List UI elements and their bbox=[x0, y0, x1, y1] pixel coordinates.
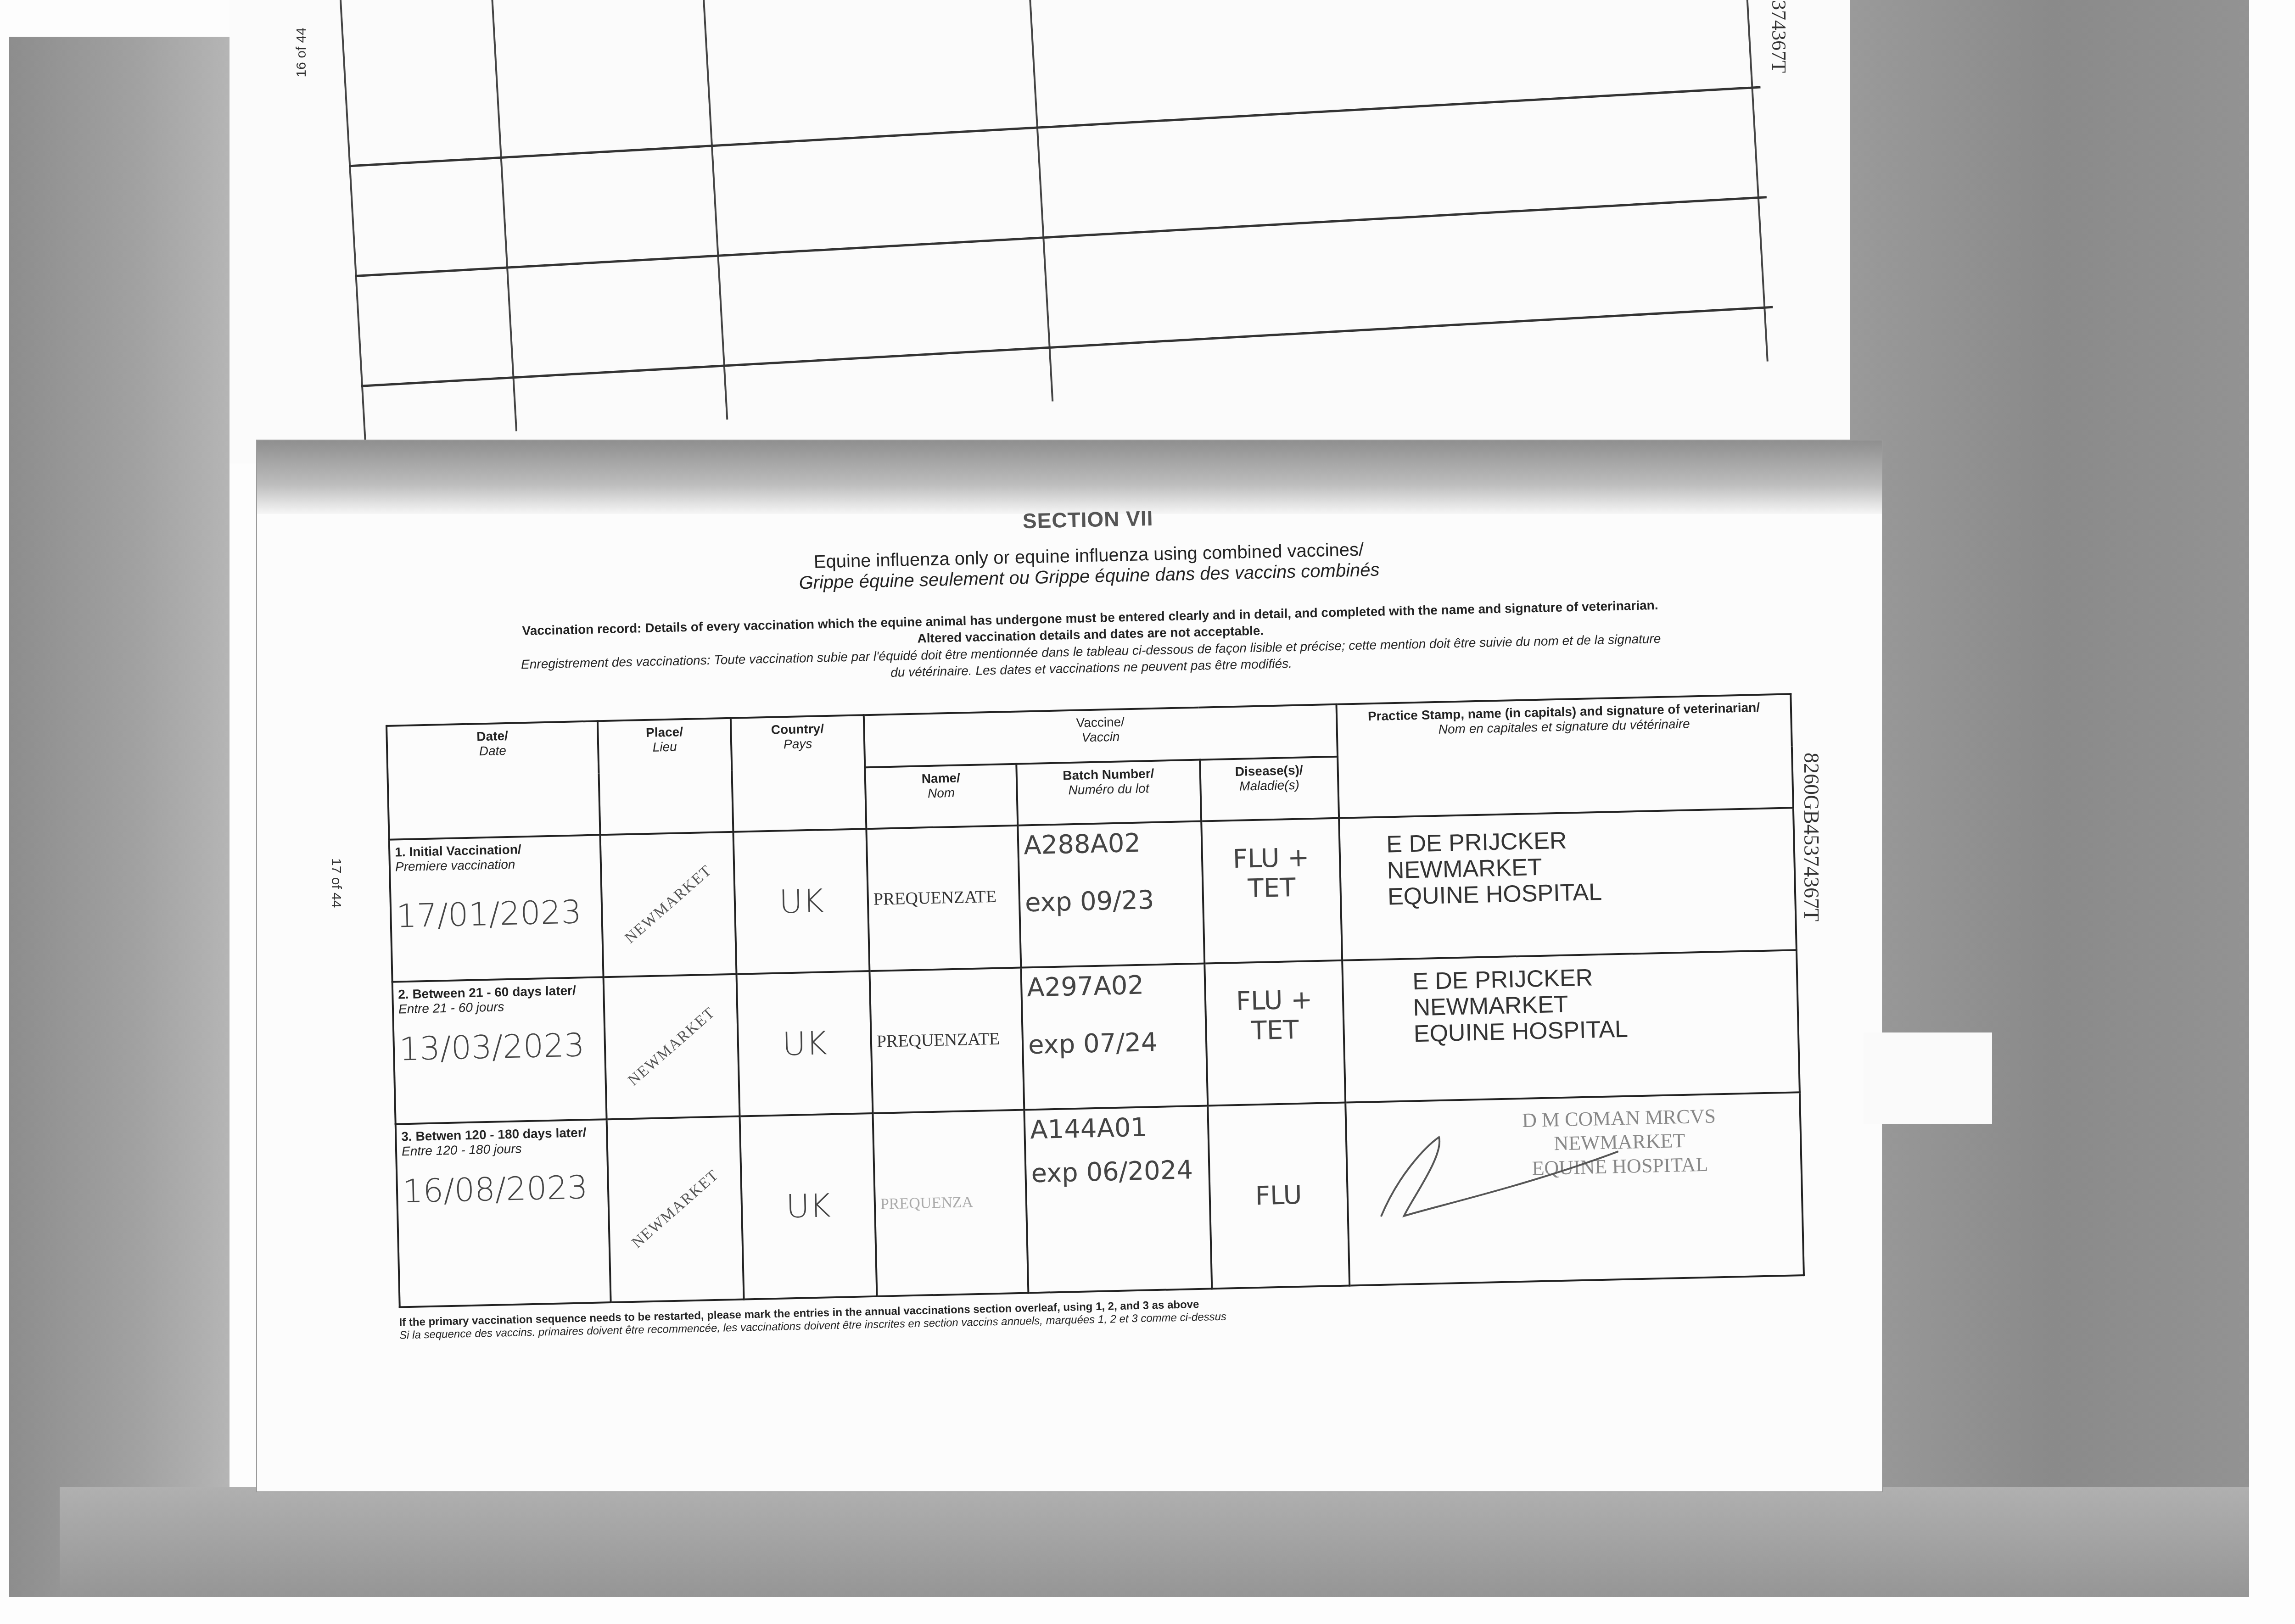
stamp-cell: D M COMAN MRCVSNEWMARKETEQUINE HOSPITAL bbox=[1345, 1092, 1804, 1286]
batch-expiry: exp 09/23 bbox=[1024, 884, 1198, 918]
upper-page-number: 16 of 44 bbox=[294, 28, 309, 77]
batch-number: A144A01 bbox=[1030, 1111, 1203, 1145]
header-batch: Batch Number/Numéro du lot bbox=[1016, 759, 1201, 825]
country-value: UK bbox=[782, 1024, 827, 1063]
scanner-background-right bbox=[1850, 0, 2254, 1624]
batch-expiry: exp 06/2024 bbox=[1031, 1155, 1204, 1189]
batch-number: A297A02 bbox=[1027, 969, 1200, 1003]
header-date: Date/Date bbox=[386, 721, 600, 839]
place-stamp: NEWMARKET bbox=[625, 1004, 719, 1089]
page-tab bbox=[1864, 1032, 1992, 1124]
country-value: UK bbox=[778, 882, 824, 921]
vaccine-name-cell: PREQUENZATE bbox=[866, 825, 1021, 971]
batch-number: A288A02 bbox=[1024, 826, 1197, 860]
disease-cell: FLU + TET bbox=[1201, 818, 1342, 963]
scanner-background-left bbox=[9, 37, 229, 1624]
page-number: 17 of 44 bbox=[328, 858, 344, 908]
vaccination-section: SECTION VII Equine influenza only or equ… bbox=[381, 491, 1813, 1342]
vet-signature bbox=[1361, 1122, 1684, 1222]
vaccination-table: Date/Date Place/Lieu Country/Pays Vaccin… bbox=[386, 693, 1805, 1308]
grid-line bbox=[355, 196, 1766, 277]
grid-line bbox=[702, 0, 728, 419]
header-place: Place/Lieu bbox=[598, 718, 733, 835]
place-stamp: NEWMARKET bbox=[628, 1166, 722, 1252]
country-cell: UK bbox=[736, 971, 873, 1116]
grid-line bbox=[349, 86, 1760, 167]
stamp-cell: E DE PRIJCKERNEWMARKETEQUINE HOSPITAL bbox=[1339, 808, 1797, 960]
scan-margin-bottom bbox=[0, 1597, 2295, 1624]
date-cell: 2. Between 21 - 60 days later/ Entre 21 … bbox=[392, 977, 607, 1124]
header-country: Country/Pays bbox=[731, 715, 867, 832]
stamp-cell: E DE PRIJCKERNEWMARKETEQUINE HOSPITAL bbox=[1342, 950, 1800, 1102]
vaccination-date: 13/03/2023 bbox=[399, 1026, 600, 1068]
batch-cell: A288A02 exp 09/23 bbox=[1018, 821, 1204, 967]
vaccine-name: PREQUENZATE bbox=[873, 887, 996, 909]
header-stamp: Practice Stamp, name (in capitals) and s… bbox=[1336, 694, 1793, 818]
country-value: UK bbox=[786, 1187, 831, 1225]
date-cell: 3. Betwen 120 - 180 days later/ Entre 12… bbox=[396, 1119, 611, 1307]
batch-cell: A297A02 exp 07/24 bbox=[1021, 963, 1208, 1110]
disease-cell: FLU bbox=[1208, 1102, 1349, 1289]
country-cell: UK bbox=[733, 829, 869, 974]
header-vaccine-name: Name/Nom bbox=[865, 764, 1018, 828]
disease-value: FLU bbox=[1215, 1179, 1342, 1212]
date-cell: 1. Initial Vaccination/ Premiere vaccina… bbox=[389, 835, 604, 982]
table-row: 3. Betwen 120 - 180 days later/ Entre 12… bbox=[396, 1092, 1804, 1307]
batch-expiry: exp 07/24 bbox=[1028, 1026, 1201, 1060]
vet-stamp: E DE PRIJCKERNEWMARKETEQUINE HOSPITAL bbox=[1386, 822, 1790, 910]
upper-side-id: 374367T bbox=[1767, 0, 1791, 73]
vaccine-name: PREQUENZATE bbox=[876, 1029, 1000, 1051]
place-cell: NEWMARKET bbox=[604, 974, 740, 1119]
grid-line bbox=[1027, 0, 1054, 402]
place-cell: NEWMARKET bbox=[600, 832, 737, 977]
disease-cell: FLU + TET bbox=[1204, 960, 1345, 1105]
vaccination-date: 16/08/2023 bbox=[402, 1168, 603, 1210]
disease-value: FLU + TET bbox=[1210, 984, 1338, 1047]
vaccine-name-cell: PREQUENZA bbox=[873, 1110, 1028, 1296]
place-cell: NEWMARKET bbox=[607, 1116, 744, 1302]
vaccine-name-cell: PREQUENZATE bbox=[869, 967, 1024, 1113]
vaccination-date: 17/01/2023 bbox=[396, 893, 597, 935]
country-cell: UK bbox=[740, 1113, 877, 1300]
batch-cell: A144A01 exp 06/2024 bbox=[1024, 1105, 1212, 1293]
vet-stamp: E DE PRIJCKERNEWMARKETEQUINE HOSPITAL bbox=[1412, 960, 1793, 1047]
header-disease: Disease(s)/Maladie(s) bbox=[1200, 756, 1339, 821]
disease-value: FLU + TET bbox=[1207, 842, 1335, 904]
vaccine-name: PREQUENZA bbox=[880, 1194, 974, 1213]
grid-line bbox=[491, 0, 517, 431]
scan-margin-right bbox=[2249, 0, 2295, 1624]
place-stamp: NEWMARKET bbox=[621, 861, 716, 947]
